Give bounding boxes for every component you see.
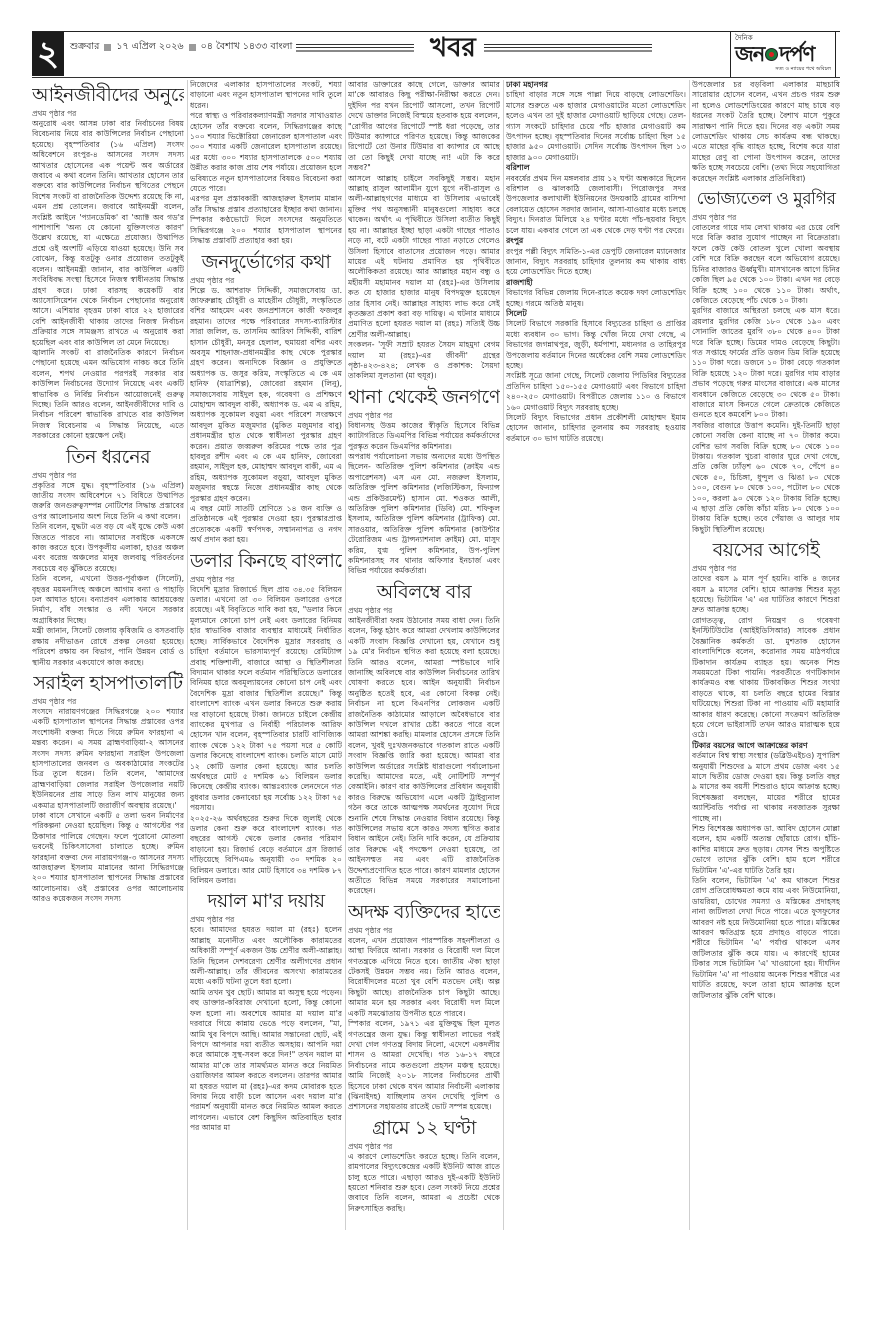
continued-label: প্রথম পৃষ্ঠার পর	[348, 411, 500, 421]
headline[interactable]: অবিলম্বে বার	[348, 579, 500, 605]
column-divider	[345, 80, 346, 1230]
headline[interactable]: আইনজীবীদের অনুরোধে	[32, 82, 184, 108]
paragraph: নববর্ষের প্রথম দিন মঙ্গলবার প্রায় ১২ ঘণ…	[506, 174, 686, 236]
decorative-rules-right	[484, 44, 652, 53]
paragraph: বোতলের গায়ে দাম লেখা থাকায় এর চেয়ে বে…	[692, 223, 840, 306]
continued-label: প্রথম পৃষ্ঠার পর	[348, 1142, 500, 1152]
paragraph: আসলে আল্লাহ চাইলে সবকিছুই সম্ভব। মহান আল…	[348, 174, 500, 341]
column-divider	[689, 80, 690, 1230]
paragraph: বিভাগের বিভিন্ন জেলায় দিনে-রাতে কয়েক দ…	[506, 288, 686, 309]
paragraph: বলেন, এখন প্রয়োজন পারস্পরিক সহনশীলতা ও …	[348, 936, 500, 1019]
paragraph: প্রকৃতির সঙ্গে যুদ্ধ। বৃহস্পতিবার (১৬ এপ…	[32, 481, 184, 523]
column-3: আবার ডাক্তারের কাছে গেলে, ডাক্তার আমার ম…	[348, 80, 500, 1230]
region-subhead: বরিশাল	[506, 163, 686, 173]
article-boyosher: বয়সের আগেই প্রথম পৃষ্ঠার পর তাদের বয়স …	[692, 537, 840, 1001]
continued-label: প্রথম পৃষ্ঠার পর	[348, 606, 500, 616]
paragraph: সংশ্লিষ্ট সূত্রে জানা গেছে, সিলেট জেলায়…	[506, 371, 686, 413]
continued-label: প্রথম পৃষ্ঠার পর	[32, 109, 184, 119]
separator-square-icon	[189, 44, 196, 51]
article-bhojjo: ভোজ্যতেল ও মুরগির প্রথম পৃষ্ঠার পর বোতলে…	[692, 186, 840, 535]
article-jondurbhog: জনদুর্ভোগের কথা প্রথম পৃষ্ঠার পর শিল্পে …	[190, 249, 342, 546]
column-divider	[187, 80, 188, 1230]
paragraph: রোগতত্ত্ব, রোগ নিয়ন্ত্রণ ও গবেষণা ইনস্ট…	[692, 616, 840, 741]
paragraph: আবার ডাক্তারের কাছে গেলে, ডাক্তার আমার ম…	[348, 80, 500, 174]
column-2: নিজেদের এলাকার হাসপাতালের সংকট, শয্যা বা…	[190, 80, 342, 1230]
paragraph: আমি তখন খুব ছোট। আমার মা অসুস্থ হয়ে পড়…	[190, 988, 342, 1134]
continued-label: প্রথম পৃষ্ঠার পর	[32, 471, 184, 481]
paragraph: শিশু বিশেষজ্ঞ অধ্যাপক ডা. আবিদ হোসেন মোল…	[692, 824, 840, 876]
paragraph: তিনি বলেন, এখনো উত্তর-পূর্বাঞ্চল (সিলেট)…	[32, 574, 184, 626]
paragraph: মুরগির বাজারে অস্থিরতা চলছে এক মাস ধরে। …	[692, 306, 840, 420]
article-grame: গ্রামে ১২ ঘণ্টা প্রথম পৃষ্ঠার পর এ কারণে…	[348, 1115, 500, 1214]
continued-label: প্রথম পৃষ্ঠার পর	[190, 915, 342, 925]
article-thana: থানা থেকেই জনগণের প্রথম পৃষ্ঠার পর বিধান…	[348, 384, 500, 577]
paragraph: বর্তমানে বিশ্ব স্বাস্থ্য সংস্থার (ডব্লিউ…	[692, 751, 840, 824]
paragraph: তাদের বয়স ৯ মাস পূর্ণ হয়নি। বাকি ৪ জনে…	[692, 574, 840, 616]
headline[interactable]: থানা থেকেই জনগণের	[348, 384, 500, 410]
page-number: ২	[32, 32, 64, 76]
paragraph: সংকলন- 'সূফী সম্রাট হযরত সৈয়দ মাহমুদা ব…	[348, 340, 500, 382]
dateline: শুক্রবার ১৭ এপ্রিল ২০২৬ ০৪ বৈশাখ ১৪৩৩ বা…	[70, 40, 292, 55]
continued-label: প্রথম পৃষ্ঠার পর	[32, 697, 184, 707]
paragraph: তিনি বলেন, যুদ্ধটা এত বড় যে এই যুদ্ধে ক…	[32, 522, 184, 574]
article-doyal-ma: দয়াল মা'র দয়ায় প্রথম পৃষ্ঠার পর হবে। …	[190, 888, 342, 1133]
paragraph: সবজির বাজারে উত্তাপ কমেনি। দুই-তিনটি ছাড…	[692, 421, 840, 535]
date-bangla: ০৪ বৈশাখ ১৪৩৩ বাংলা	[201, 40, 293, 55]
day-label: শুক্রবার	[70, 40, 99, 55]
paragraph: স্পিকার বলেন, ১৯৭১ এর মুক্তিযুদ্ধ ছিল মূ…	[348, 1019, 500, 1113]
paragraph: জ্বালানি সংকট বা রাজনৈতিক কারণে নির্বাচন…	[32, 348, 184, 442]
article-ainjibi: আইনজীবীদের অনুরোধে প্রথম পৃষ্ঠার পর অনুর…	[32, 82, 184, 442]
masthead: ২ শুক্রবার ১৭ এপ্রিল ২০২৬ ০৪ বৈশাখ ১৪৩৩ …	[32, 31, 840, 77]
paragraph: এ কারণে লোডশেডিং করতে হচ্ছে। তিনি বলেন, …	[348, 1152, 500, 1214]
paragraph: নিজেদের এলাকার হাসপাতালের সংকট, শয্যা বা…	[190, 80, 342, 111]
column-6: উপজেলার চর বড়বিলা এলাকার মাছচাষি সারোয়…	[692, 80, 840, 1230]
paragraph: বিদেশি মুদ্রার রিজার্ভে ছিল প্রায় ৩৪.৩৫…	[190, 585, 342, 814]
separator-square-icon	[104, 44, 111, 51]
paragraph: চাহিদা বাড়ার সঙ্গে সঙ্গে পাল্লা দিয়ে ব…	[506, 90, 686, 163]
column-4: ঢাকা মহানগর চাহিদা বাড়ার সঙ্গে সঙ্গে পা…	[506, 80, 686, 1230]
paragraph: সিলেট বিভাগে সরকারি হিসাবে বিদ্যুতের চাহ…	[506, 319, 686, 371]
headline[interactable]: ডলার কিনছে বাংলাদেশ	[190, 548, 342, 574]
decorative-rules-left	[296, 44, 414, 53]
paragraph: মন্ত্রী জানান, সিলেট জেলায় কৃষিজমি ও বস…	[32, 626, 184, 668]
logo-name-right: দর্পণ	[779, 42, 814, 66]
continued-label: প্রথম পৃষ্ঠার পর	[190, 276, 342, 286]
region-subhead: ঢাকা মহানগর	[506, 80, 686, 90]
region-subhead: রংপুর	[506, 236, 686, 246]
article-dollar: ডলার কিনছে বাংলাদেশ প্রথম পৃষ্ঠার পর বিদ…	[190, 548, 342, 887]
paragraph: অনুরোধ এবং আসন্ন ঢাকা বার নির্বাচনের বিষ…	[32, 119, 184, 348]
continued-label: প্রথম পৃষ্ঠার পর	[692, 213, 840, 223]
paragraph: ঢাকা বাসে সেখানে একটি ৫ তলা ভবন নির্মাণে…	[32, 811, 184, 905]
column-1: আইনজীবীদের অনুরোধে প্রথম পৃষ্ঠার পর অনুর…	[32, 80, 184, 1230]
headline[interactable]: জনদুর্ভোগের কথা	[190, 249, 342, 275]
logo-name-left: জন	[735, 42, 764, 66]
headline[interactable]: গ্রামে ১২ ঘণ্টা	[348, 1115, 500, 1141]
headline[interactable]: সরাইল হাসপাতালটি	[32, 670, 184, 696]
paragraph: শিল্পে ড. আশরাফ সিদ্দিকী, সমাজসেবায় ডা.…	[190, 286, 342, 505]
paragraph: সংসদে নারায়ণগঞ্জের সিদ্ধিরগঞ্জে ২০০ শয্…	[32, 707, 184, 811]
region-subhead: সিলেট	[506, 309, 686, 319]
article-tin-dhoroner: তিন ধরনের প্রথম পৃষ্ঠার পর প্রকৃতির সঙ্গ…	[32, 444, 184, 668]
paragraph: অপরাধ পর্যালোচনা সভায় অন্যদের মধ্যে উপস…	[348, 452, 500, 577]
headline[interactable]: অদক্ষ ব্যক্তিদের হাতে	[348, 899, 500, 925]
paragraph: সিলেট বিদ্যুৎ বিভাগের প্রধান প্রকৌশলী মো…	[506, 413, 686, 444]
continued-label: প্রথম পৃষ্ঠার পর	[190, 575, 342, 585]
newspaper-logo[interactable]: দৈনিক জন দর্পণ সত্য ও ন্যায়ের পথে অবিচল	[730, 32, 836, 78]
region-subhead: রাজশাহী	[506, 278, 686, 288]
section-title: খবর	[430, 32, 476, 64]
paragraph: রংপুর পল্লী বিদ্যুৎ সমিতি-১-এর ডেপুটি জে…	[506, 247, 686, 278]
flag-emblem-icon	[765, 48, 778, 61]
subheading: টিকার বয়সের আগে আক্রান্তের কারণ	[692, 741, 840, 751]
column-divider	[503, 80, 504, 1230]
paragraph: উপজেলার চর বড়বিলা এলাকার মাছচাষি সারোয়…	[692, 80, 840, 184]
paragraph: এরপর মূল প্রস্তাবকারী আজহারুল ইসলাম মান্…	[190, 194, 342, 246]
paragraph: আইনজীবীরা ফরম উঠানোর সময় বাধা দেন। তিনি…	[348, 616, 500, 897]
headline[interactable]: তিন ধরনের	[32, 444, 184, 470]
logo-tagline: সত্য ও ন্যায়ের পথে অবিচল	[735, 66, 831, 72]
continued-label: প্রথম পৃষ্ঠার পর	[348, 926, 500, 936]
article-odokkho: অদক্ষ ব্যক্তিদের হাতে প্রথম পৃষ্ঠার পর ব…	[348, 899, 500, 1113]
headline[interactable]: ভোজ্যতেল ও মুরগির	[692, 186, 840, 212]
continued-label: প্রথম পৃষ্ঠার পর	[692, 564, 840, 574]
headline[interactable]: দয়াল মা'র দয়ায়	[190, 888, 342, 914]
paragraph: বিধানসহ উত্তম কাজের স্বীকৃতি হিসেবে বিভি…	[348, 421, 500, 452]
paragraph: এ বছর মোট সাতটি শ্রেণিতে ১৪ জন ব্যক্তি ও…	[190, 504, 342, 546]
paragraph: পরে স্বাস্থ্য ও পরিবারকল্যাণমন্ত্রী সরদা…	[190, 111, 342, 194]
article-sorail: সরাইল হাসপাতালটি প্রথম পৃষ্ঠার পর সংসদে …	[32, 670, 184, 905]
paragraph: ২০২৫-২৬ অর্থবছরের শুরুর দিকে জুলাই থেকে …	[190, 814, 342, 887]
headline[interactable]: বয়সের আগেই	[692, 537, 840, 563]
masthead-divider	[32, 77, 840, 78]
paragraph: হবে। আমাদের হযরত দয়াল মা (রহঃ) হলেন আল্…	[190, 925, 342, 987]
article-obilombe: অবিলম্বে বার প্রথম পৃষ্ঠার পর আইনজীবীরা …	[348, 579, 500, 897]
paragraph: তিনি বলেন, ভিটামিন 'এ' কম থাকলে শিশুর রো…	[692, 876, 840, 1001]
date-english: ১৭ এপ্রিল ২০২৬	[116, 40, 183, 55]
